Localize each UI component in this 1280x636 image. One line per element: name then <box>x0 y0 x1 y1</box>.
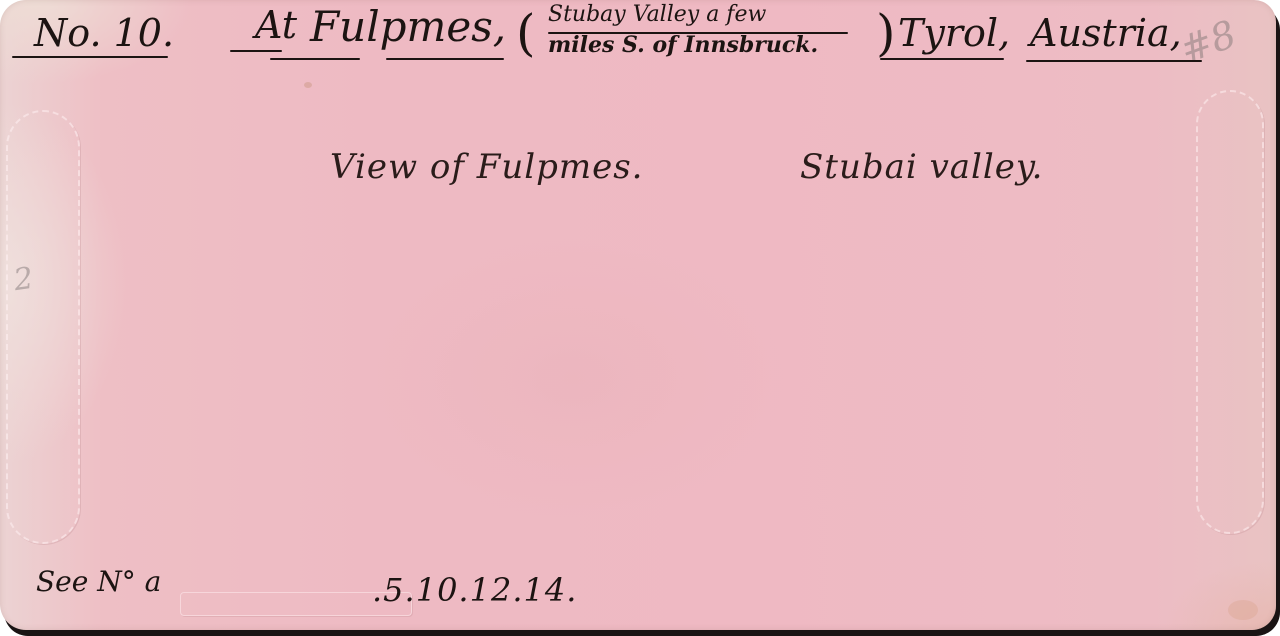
cross-reference-note: See N° a <box>36 568 161 596</box>
embossed-border-right <box>1196 90 1264 534</box>
paren-close: ) <box>876 8 896 58</box>
underline-country <box>1026 60 1202 62</box>
underline-region <box>880 58 1004 60</box>
card-number: No. 10. <box>34 14 174 52</box>
underline-location-2 <box>386 58 504 60</box>
scan-background: #8 2 No. 10. At Fulpmes, ( Stubay Valley… <box>0 0 1280 636</box>
location-name: Fulpmes, <box>310 6 506 48</box>
paren-open: ( <box>516 8 536 58</box>
date-note: .5.10.12.14. <box>372 574 577 606</box>
underline-number <box>12 56 168 58</box>
underline-prefix <box>230 50 282 52</box>
parenthetical-bottom: miles S. of Innsbruck. <box>548 34 818 56</box>
underline-location-1 <box>270 58 360 60</box>
location-prefix: At <box>255 6 297 44</box>
caption-part-1: View of Fulpmes. <box>330 150 643 184</box>
foxing-spot <box>304 82 312 88</box>
parenthetical-top: Stubay Valley a few <box>548 4 766 26</box>
pencil-annotation-corner: #8 <box>1174 12 1242 73</box>
caption-part-2: Stubai valley. <box>800 150 1043 184</box>
region-name: Tyrol, <box>898 14 1010 52</box>
foxing-spot <box>1228 600 1258 620</box>
stereoview-card: #8 2 No. 10. At Fulpmes, ( Stubay Valley… <box>0 0 1276 630</box>
country-name: Austria, <box>1030 14 1182 52</box>
embossed-border-left <box>6 110 80 544</box>
